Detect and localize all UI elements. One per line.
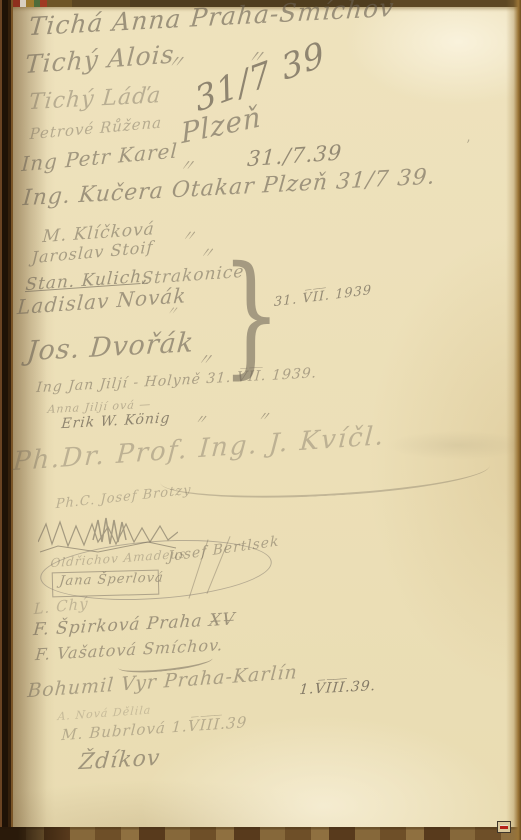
signature-line: 31./7.39 xyxy=(246,141,343,170)
signature-line: Petrové Růžena xyxy=(29,115,162,142)
signature-line: Ing. Kučera Otakar Plzeň 31/7 39. xyxy=(22,165,436,210)
signature-line: Ždíkov xyxy=(78,747,161,774)
signature-line: 〃 xyxy=(180,229,198,245)
signature-line: Tichý Alois xyxy=(24,42,175,79)
signature-line: Tichý Láďa xyxy=(28,84,162,114)
pencil-smudge: ’ xyxy=(466,138,470,154)
signature-line: 〃 xyxy=(193,414,209,428)
signatures-layer: } ’ Tichá Anna Praha-SmíchovTichý Alois〃… xyxy=(0,0,521,840)
signature-line: Jos. Dvořák xyxy=(26,329,196,366)
signature-line: 〃 xyxy=(178,158,197,175)
signature-line: 1.V̅I̅I̅I̅.39. xyxy=(299,679,377,698)
signature-line: 〃 xyxy=(165,305,180,318)
signature-line: 〃 xyxy=(256,411,272,425)
signature-line: L. Chý xyxy=(33,596,88,618)
signature-line: 〃 xyxy=(165,54,187,73)
red-bar xyxy=(500,826,508,829)
red-bar-icon[interactable] xyxy=(497,821,511,833)
signature-line: 〃 xyxy=(198,246,216,262)
signature-line: Tichá Anna Praha-Smíchov xyxy=(28,0,396,40)
signature-line: 〃 xyxy=(196,352,215,369)
signature-line: Erik W. König xyxy=(61,411,171,431)
scanned-guestbook-page: } ’ Tichá Anna Praha-SmíchovTichý Alois〃… xyxy=(0,0,521,840)
signature-line: Ing Petr Karel xyxy=(21,140,178,175)
signature-line: 31. V̅I̅I̅. 1939 xyxy=(274,284,372,310)
signature-line: Plzeň xyxy=(180,102,262,149)
signature-line: Ph.C. Josef Brotzy xyxy=(56,484,192,512)
